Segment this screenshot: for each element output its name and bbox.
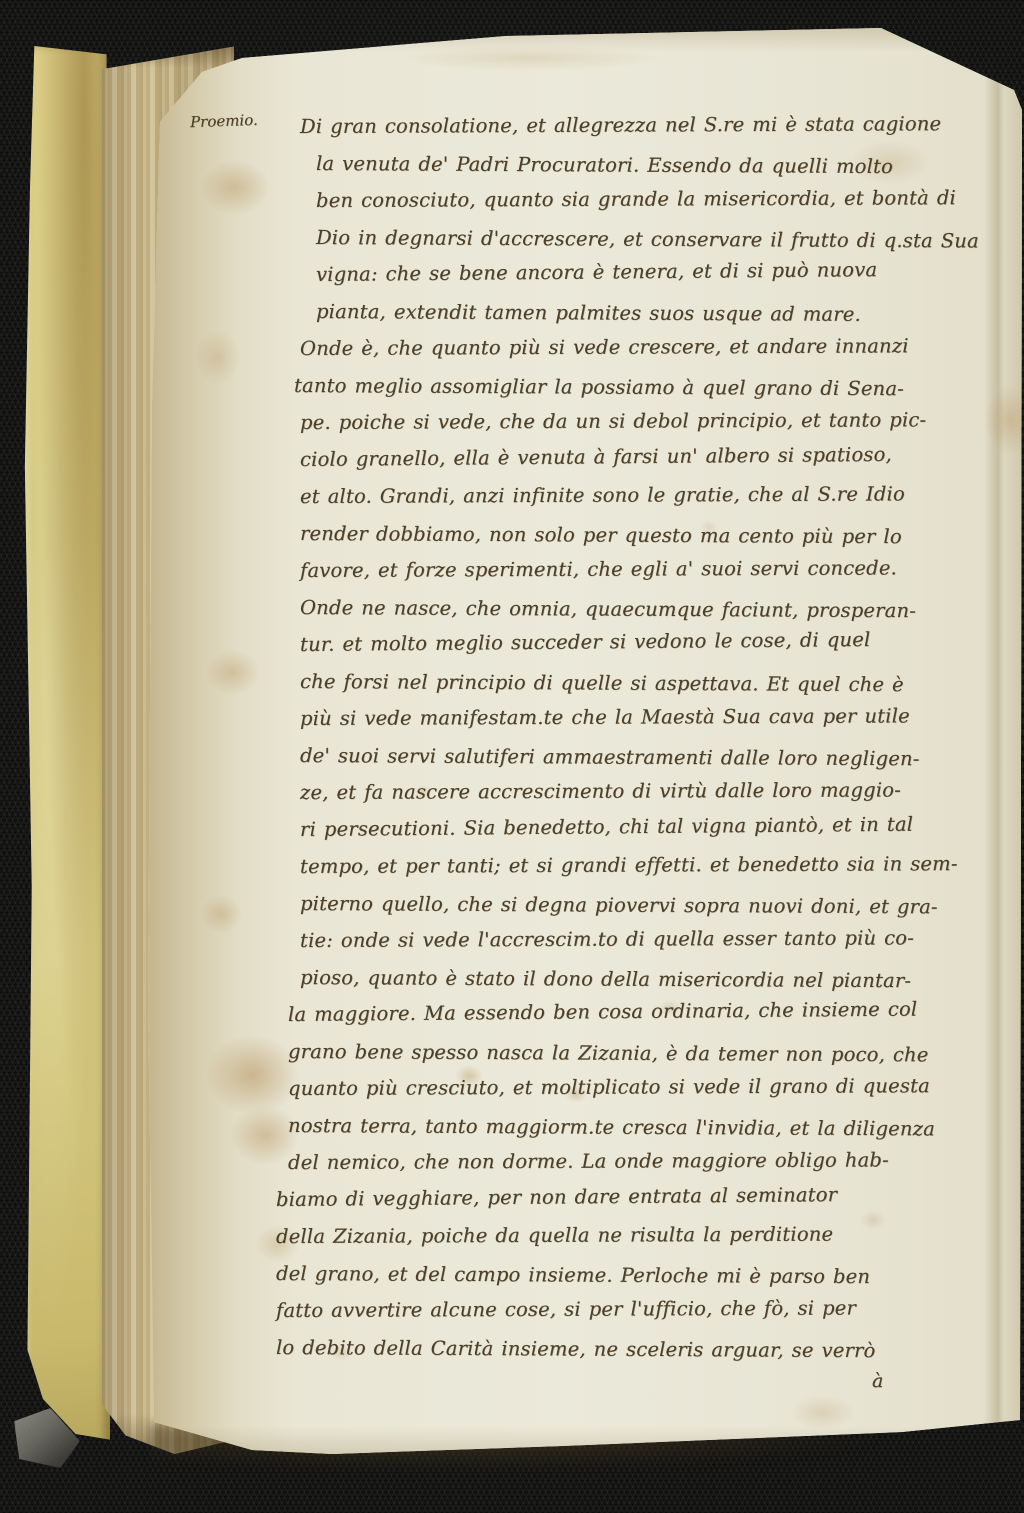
text-line: Di gran consolatione, et allegrezza nel …	[300, 105, 990, 145]
text-line: favore, et forze sperimenti, che egli a'…	[300, 549, 990, 589]
text-line: Onde è, che quanto più si vede crescere,…	[300, 327, 990, 367]
text-line: biamo di vegghiare, per non dare entrata…	[276, 1175, 990, 1218]
text-line: tie: onde si vede l'accrescim.to di quel…	[300, 919, 990, 959]
book-cover-edge	[24, 46, 110, 1448]
text-line: vigna: che se bene ancora è tenera, et d…	[316, 250, 990, 293]
text-line: ri persecutioni. Sia benedetto, chi tal …	[300, 805, 990, 848]
text-line: et alto. Grandi, anzi infinite sono le g…	[300, 475, 990, 515]
text-line: ciolo granello, ella è venuta à farsi un…	[300, 435, 990, 478]
text-block: Di gran consolatione, et allegrezza nel …	[300, 108, 990, 1366]
text-line: della Zizania, poiche da quella ne risul…	[276, 1215, 990, 1255]
marginal-note: Proemio.	[190, 111, 258, 131]
text-line: ben conosciuto, quanto sia grande la mis…	[316, 179, 990, 219]
text-line: la maggiore. Ma essendo ben cosa ordinar…	[288, 990, 990, 1033]
text-line: tempo, et per tanti; et si grandi effett…	[300, 845, 990, 885]
catchword: à	[872, 1370, 883, 1392]
text-line: quanto più cresciuto, et moltiplicato si…	[288, 1067, 990, 1107]
text-line: più si vede manifestam.te che la Maestà …	[300, 697, 990, 737]
text-line: fatto avvertire alcune cose, si per l'uf…	[276, 1289, 990, 1329]
text-line: lo debito della Carità insieme, ne scele…	[276, 1329, 990, 1370]
text-line: tur. et molto meglio succeder si vedono …	[300, 620, 990, 663]
manuscript-page: Proemio. Di gran consolatione, et allegr…	[146, 26, 1024, 1458]
